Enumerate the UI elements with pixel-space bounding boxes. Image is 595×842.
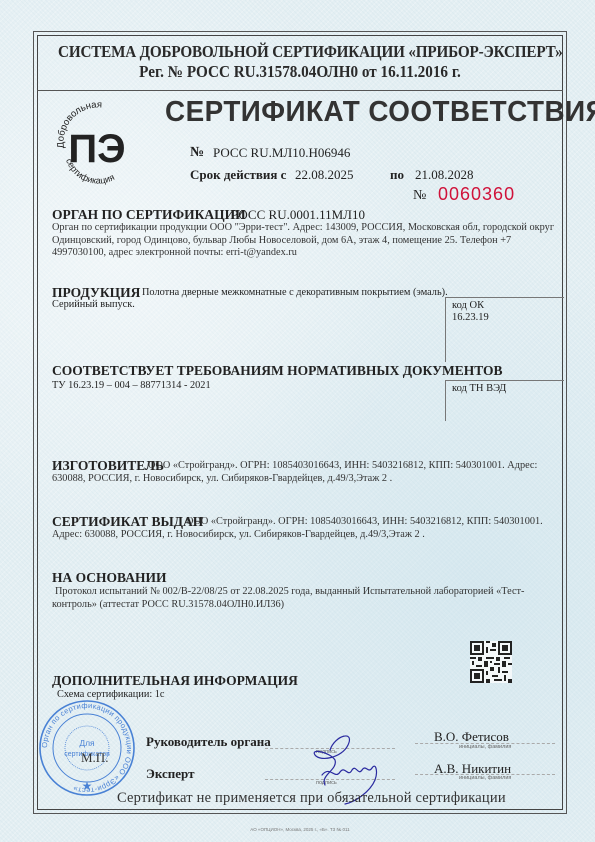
basis-text: Протокол испытаний № 002/В-22/08/25 от 2…: [52, 586, 532, 611]
seal-stamp-icon: Орган по сертификации продукции ООО «Эрр…: [37, 698, 137, 798]
logo-letters: ПЭ: [68, 127, 125, 171]
expert-role-label: Эксперт: [146, 766, 194, 782]
requirements-document: ТУ 16.23.19 – 004 – 88771314 - 2021: [52, 380, 211, 391]
valid-to: 21.08.2028: [415, 167, 474, 183]
certificate-title: СЕРТИФИКАТ СООТВЕТСТВИЯ: [165, 96, 595, 129]
header-divider: [37, 90, 563, 91]
issued-to-text: ООО «Стройгранд». ОГРН: 1085403016643, И…: [52, 516, 557, 541]
system-title: СИСТЕМА ДОБРОВОЛЬНОЙ СЕРТИФИКАЦИИ «ПРИБО…: [58, 42, 542, 62]
number-label: №: [190, 145, 204, 161]
qr-code-icon[interactable]: [470, 641, 512, 683]
serial-label: №: [413, 188, 426, 204]
voluntary-certification-logo-icon: Добровольная ПЭ сертификация: [52, 100, 142, 190]
head-initials-caption: инициалы, фамилия: [459, 744, 511, 750]
ok-code-box: код ОК 16.23.19: [445, 297, 564, 362]
head-name: В.О. Фетисов: [434, 729, 509, 745]
certification-body-code: РОСС RU.0001.11МЛ10: [231, 207, 365, 223]
certificate-number: РОСС RU.МЛ10.Н06946: [213, 145, 350, 161]
certification-body-heading: ОРГАН ПО СЕРТИФИКАЦИИ: [52, 207, 246, 223]
tn-ved-code-box: код ТН ВЭД: [445, 380, 564, 421]
footer-note: Сертификат не применяется при обязательн…: [117, 790, 506, 807]
head-role-label: Руководитель органа: [146, 734, 271, 750]
printer-imprint: АО «ОПЦИОН», Москва, 2025 г., «Б». Т3 № …: [37, 827, 563, 832]
product-release: Серийный выпуск.: [52, 299, 135, 310]
basis-heading: НА ОСНОВАНИИ: [52, 570, 166, 586]
ok-code-value: 16.23.19: [452, 312, 489, 323]
tn-ved-label: код ТН ВЭД: [452, 383, 506, 394]
svg-text:★: ★: [82, 779, 93, 793]
additional-info-heading: ДОПОЛНИТЕЛЬНАЯ ИНФОРМАЦИЯ: [52, 673, 298, 689]
stamp-center-text: Для: [79, 738, 95, 748]
product-description: Полотна дверные межкомнатные с декоратив…: [142, 287, 448, 298]
validity-label: Срок действия с: [190, 167, 286, 183]
certification-body-text: Орган по сертификации продукции ООО "Эрр…: [52, 222, 557, 260]
system-registration: Рег. № РОСС RU.31578.04ОЛН0 от 16.11.201…: [58, 62, 542, 82]
manufacturer-text: ООО «Стройгранд». ОГРН: 1085403016643, И…: [52, 460, 557, 485]
valid-from: 22.08.2025: [295, 167, 354, 183]
expert-initials-caption: инициалы, фамилия: [459, 775, 511, 781]
valid-to-label: по: [390, 167, 404, 183]
serial-number: 0060360: [438, 184, 515, 205]
ok-code-label: код ОК: [452, 300, 484, 311]
requirements-heading: СООТВЕТСТВУЕТ ТРЕБОВАНИЯМ НОРМАТИВНЫХ ДО…: [52, 363, 503, 379]
seal-placeholder: М.П.: [81, 750, 108, 766]
